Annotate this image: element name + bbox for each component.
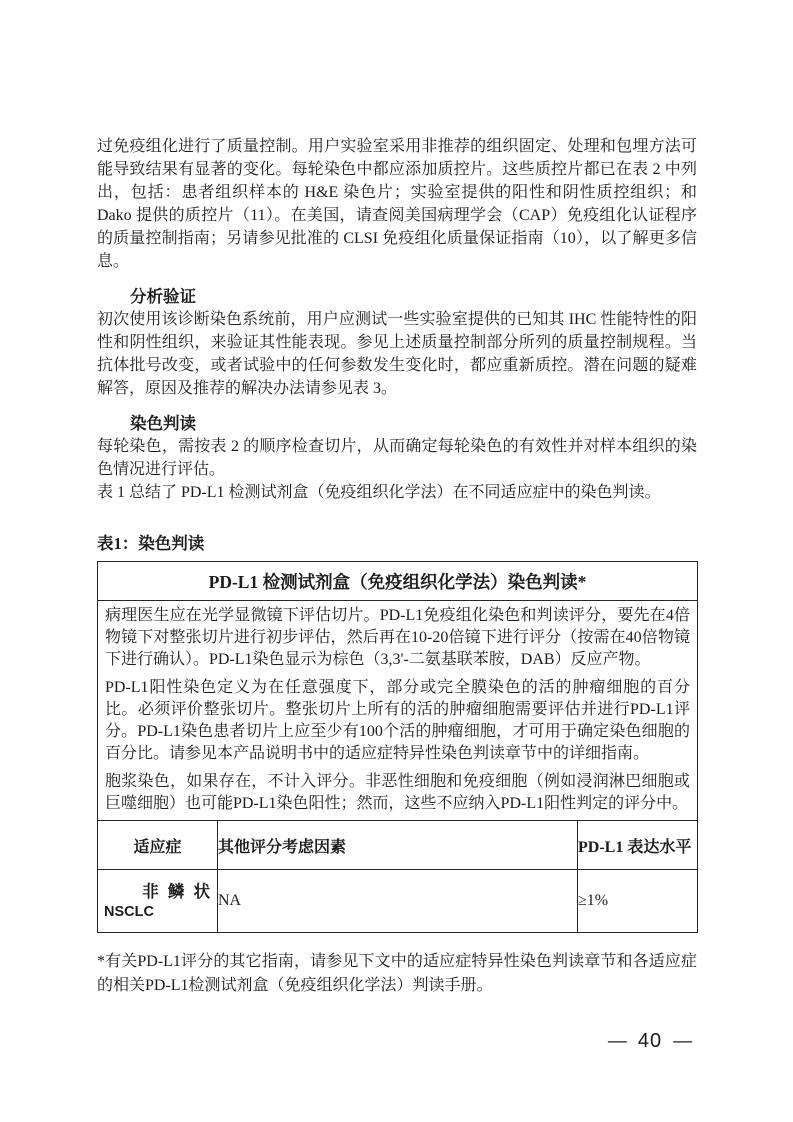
para-quality-control: 过免疫组化进行了质量控制。用户实验室采用非推荐的组织固定、处理和包埋方法可能导致… [97,135,697,273]
column-header-expression-level: PD-L1 表达水平 [578,821,698,870]
table1-column-header-row: 适应症 其他评分考虑因素 PD-L1 表达水平 [98,821,698,870]
table1-guidance-para-1: 病理医生应在光学显微镜下评估切片。PD-L1免疫组化染色和判读评分，要先在4倍物… [105,605,690,671]
table1-guidance-row: 病理医生应在光学显微镜下评估切片。PD-L1免疫组化染色和判读评分，要先在4倍物… [98,601,698,821]
table1-footnote: *有关PD-L1评分的其它指南，请参见下文中的适应症特异性染色判读章节和各适应症… [97,950,697,998]
table1-guidance-para-3: 胞浆染色，如果存在，不计入评分。非恶性细胞和免疫细胞（例如浸润淋巴细胞或巨噬细胞… [105,771,690,815]
table1-title-row: PD-L1 检测试剂盒（免疫组织化学法）染色判读* [98,562,698,601]
page-content: 过免疫组化进行了质量控制。用户实验室采用非推荐的组织固定、处理和包埋方法可能导致… [97,135,697,998]
table1-caption: 表1：染色判读 [97,533,697,554]
document-page: 过免疫组化进行了质量控制。用户实验室采用非推荐的组织固定、处理和包埋方法可能导致… [0,0,793,1122]
column-header-indication: 适应症 [98,821,218,870]
para-staining-rounds: 每轮染色，需按表 2 的顺序检查切片，从而确定每轮染色的有效性并对样本组织的染色… [97,435,697,481]
indication-line-1: 非 鳞 状 [104,881,213,903]
heading-analytical-validation: 分析验证 [97,285,697,308]
page-number-dash-right: — [673,1031,692,1053]
column-header-other-factors: 其他评分考虑因素 [218,821,578,870]
indication-line-2: NSCLC [104,903,213,922]
table1-guidance-cell: 病理医生应在光学显微镜下评估切片。PD-L1免疫组化染色和判读评分，要先在4倍物… [98,601,698,821]
cell-expression-level: ≥1% [578,870,698,933]
page-number-dash-left: — [608,1031,627,1053]
table1: PD-L1 检测试剂盒（免疫组织化学法）染色判读* 病理医生应在光学显微镜下评估… [97,561,698,933]
para-analytical-validation: 初次使用该诊断染色系统前，用户应测试一些实验室提供的已知其 IHC 性能特性的阳… [97,308,697,400]
page-number: — 40 — [600,1030,700,1053]
cell-indication: 非 鳞 状 NSCLC [98,870,218,933]
para-table1-intro: 表 1 总结了 PD-L1 检测试剂盒（免疫组织化学法）在不同适应症中的染色判读… [97,481,697,504]
table-row: 非 鳞 状 NSCLC NA ≥1% [98,870,698,933]
table1-guidance-para-2: PD-L1阳性染色定义为在任意强度下，部分或完全膜染色的活的肿瘤细胞的百分比。必… [105,677,690,765]
heading-staining-interpretation: 染色判读 [97,412,697,435]
cell-other-factors: NA [218,870,578,933]
page-number-value: 40 [638,1030,662,1053]
table1-title-cell: PD-L1 检测试剂盒（免疫组织化学法）染色判读* [98,562,698,601]
